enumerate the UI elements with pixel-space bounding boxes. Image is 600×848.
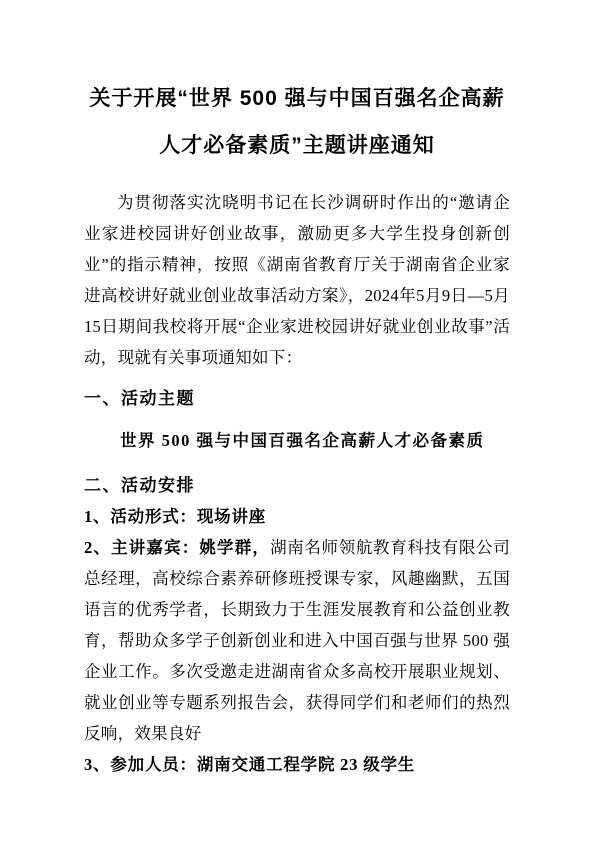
title-line-2: 人才必备素质”主题讲座通知 [84,122,510,169]
document-title: 关于开展“世界 500 强与中国百强名企高薪 人才必备素质”主题讲座通知 [84,75,510,169]
item-keynote-speaker-label: 2、主讲嘉宾：姚学群， [84,538,270,557]
document-page: 关于开展“世界 500 强与中国百强名企高薪 人才必备素质”主题讲座通知 为贯彻… [0,0,600,848]
section-heading-activity-arrangement: 二、活动安排 [84,470,510,501]
item-keynote-speaker: 2、主讲嘉宾：姚学群，湖南名师领航教育科技有限公司总经理，高校综合素养研修班授课… [84,532,510,749]
title-line-1: 关于开展“世界 500 强与中国百强名企高薪 [84,75,510,122]
item-participants-label: 3、参加人员：湖南交通工程学院 23 级学生 [84,755,415,774]
item-keynote-speaker-text: 湖南名师领航教育科技有限公司总经理，高校综合素养研修班授课专家，风趣幽默，五国语… [84,538,510,743]
item-activity-form: 1、活动形式：现场讲座 [84,501,510,532]
section-heading-activity-theme: 一、活动主题 [84,383,510,414]
intro-paragraph: 为贯彻落实沈晓明书记在长沙调研时作出的“邀请企业家进校园讲好创业故事，激励更多大… [84,187,510,373]
item-participants: 3、参加人员：湖南交通工程学院 23 级学生 [84,749,510,780]
item-activity-form-label: 1、活动形式：现场讲座 [84,507,266,526]
activity-theme-text: 世界 500 强与中国百强名企高薪人才必备素质 [84,425,510,456]
